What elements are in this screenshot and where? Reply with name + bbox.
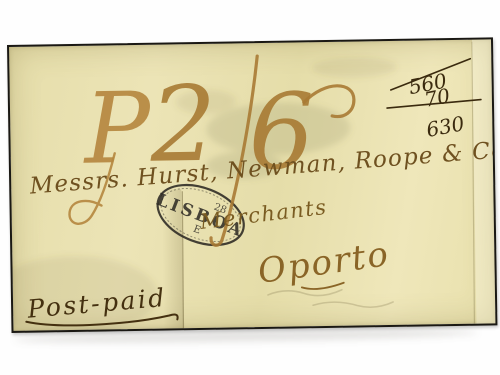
showthrough-marks (268, 289, 393, 309)
destination-line: Oporto (256, 234, 393, 292)
stain-blob (312, 57, 396, 78)
accounting-addend-2: 70 (422, 83, 452, 111)
postal-cover: LISBOA 28 E P 2 6 560 70 630 (7, 37, 497, 333)
showthrough-stroke (313, 301, 393, 308)
accounting-total: 630 (424, 111, 466, 142)
fold-highlight-right (472, 39, 495, 323)
handwriting-layer: LISBOA 28 E P 2 6 560 70 630 (9, 39, 495, 331)
photo-backdrop: LISBOA 28 E P 2 6 560 70 630 (0, 0, 500, 375)
accounting-figures: 560 70 630 (386, 59, 481, 143)
showthrough-stroke (268, 290, 342, 297)
merchants-line: Merchants (198, 195, 329, 234)
